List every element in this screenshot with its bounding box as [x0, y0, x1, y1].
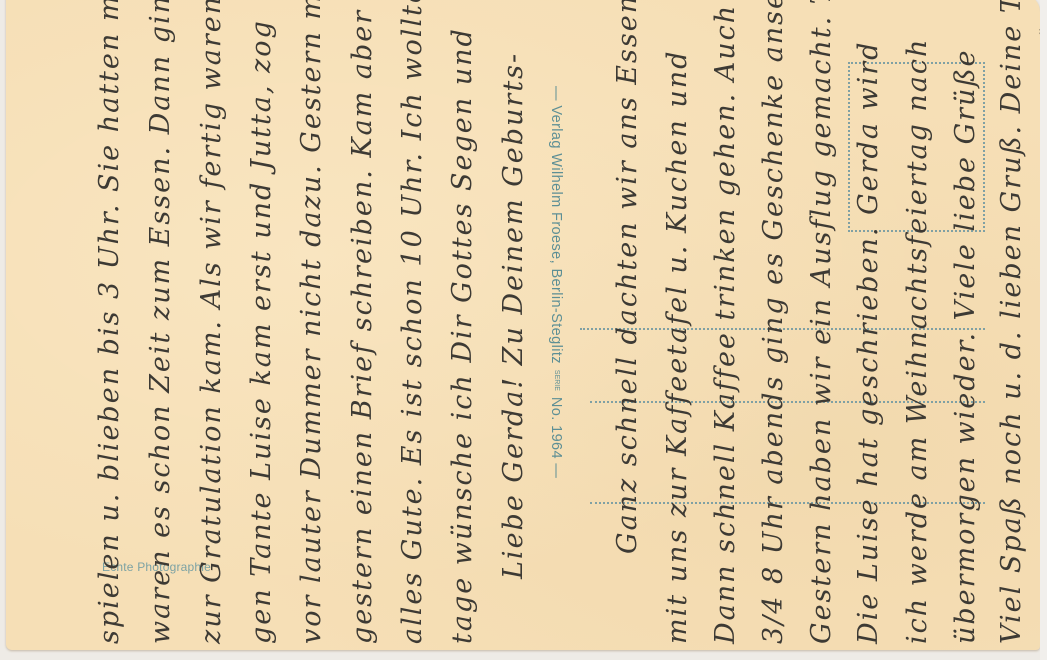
handwriting-line: gestern einen Brief schreiben. Kam aber: [343, 9, 383, 644]
handwriting-line: waren es schon Zeit zum Essen. Dann ging…: [141, 0, 181, 644]
handwriting-line: alles Gute. Es ist schon 10 Uhr. Ich wol…: [393, 0, 433, 644]
handwriting-line: übermorgen wieder. Viele liebe Grüße: [946, 49, 986, 644]
handwriting-line: Dann schnell Kaffee trinken gehen. Auch: [706, 4, 746, 644]
card-number: No. 1964 —: [548, 397, 564, 478]
handwriting-line: mit uns zur Kaffeetafel u. Kuchen und: [658, 50, 698, 644]
handwriting-line: zur Gratulation kam. Als wir fertig ware…: [192, 0, 232, 644]
handwriting-line: ich werde am Weihnachtsfeiertag nach: [898, 38, 938, 644]
handwriting-line: tage wünsche ich Dir Gottes Segen und: [443, 27, 483, 644]
handwriting-line: Liebe Gerda! Zu Deinem Geburts-: [494, 52, 534, 579]
handwriting-line: Die Luise hat geschrieben. Gerda wird: [849, 41, 889, 644]
handwriting-line: vor lauter Dummer nicht dazu. Gestern mo…: [292, 0, 332, 644]
handwriting-line: 3/4 8 Uhr abends ging es Geschenke anseh…: [754, 0, 794, 644]
handwriting-margin-note: mir herzl. noch u. d. lieben Dank. Deine…: [1028, 0, 1040, 554]
series-mark: SERIE: [553, 370, 560, 391]
handwriting-line: Viel Spaß noch u. d. lieben Gruß. Deine …: [992, 0, 1032, 644]
publisher-imprint: — Verlag Wilhelm Froese, Berlin-Steglitz…: [546, 86, 566, 478]
handwriting-line: Ganz schnell dachten wir ans Essen und: [608, 0, 648, 554]
publisher-line: — Verlag Wilhelm Froese, Berlin-Steglitz: [548, 86, 564, 364]
scan-background-edge: [1040, 0, 1047, 660]
postcard-back: — Verlag Wilhelm Froese, Berlin-Steglitz…: [6, 0, 1040, 650]
handwriting-line: Gestern haben wir ein Ausflug gemacht. T…: [802, 0, 842, 644]
handwriting-line: gen Tante Luise kam erst und Jutta, zog: [242, 19, 282, 644]
handwriting-line: spielen u. blieben bis 3 Uhr. Sie hatten…: [90, 0, 130, 644]
